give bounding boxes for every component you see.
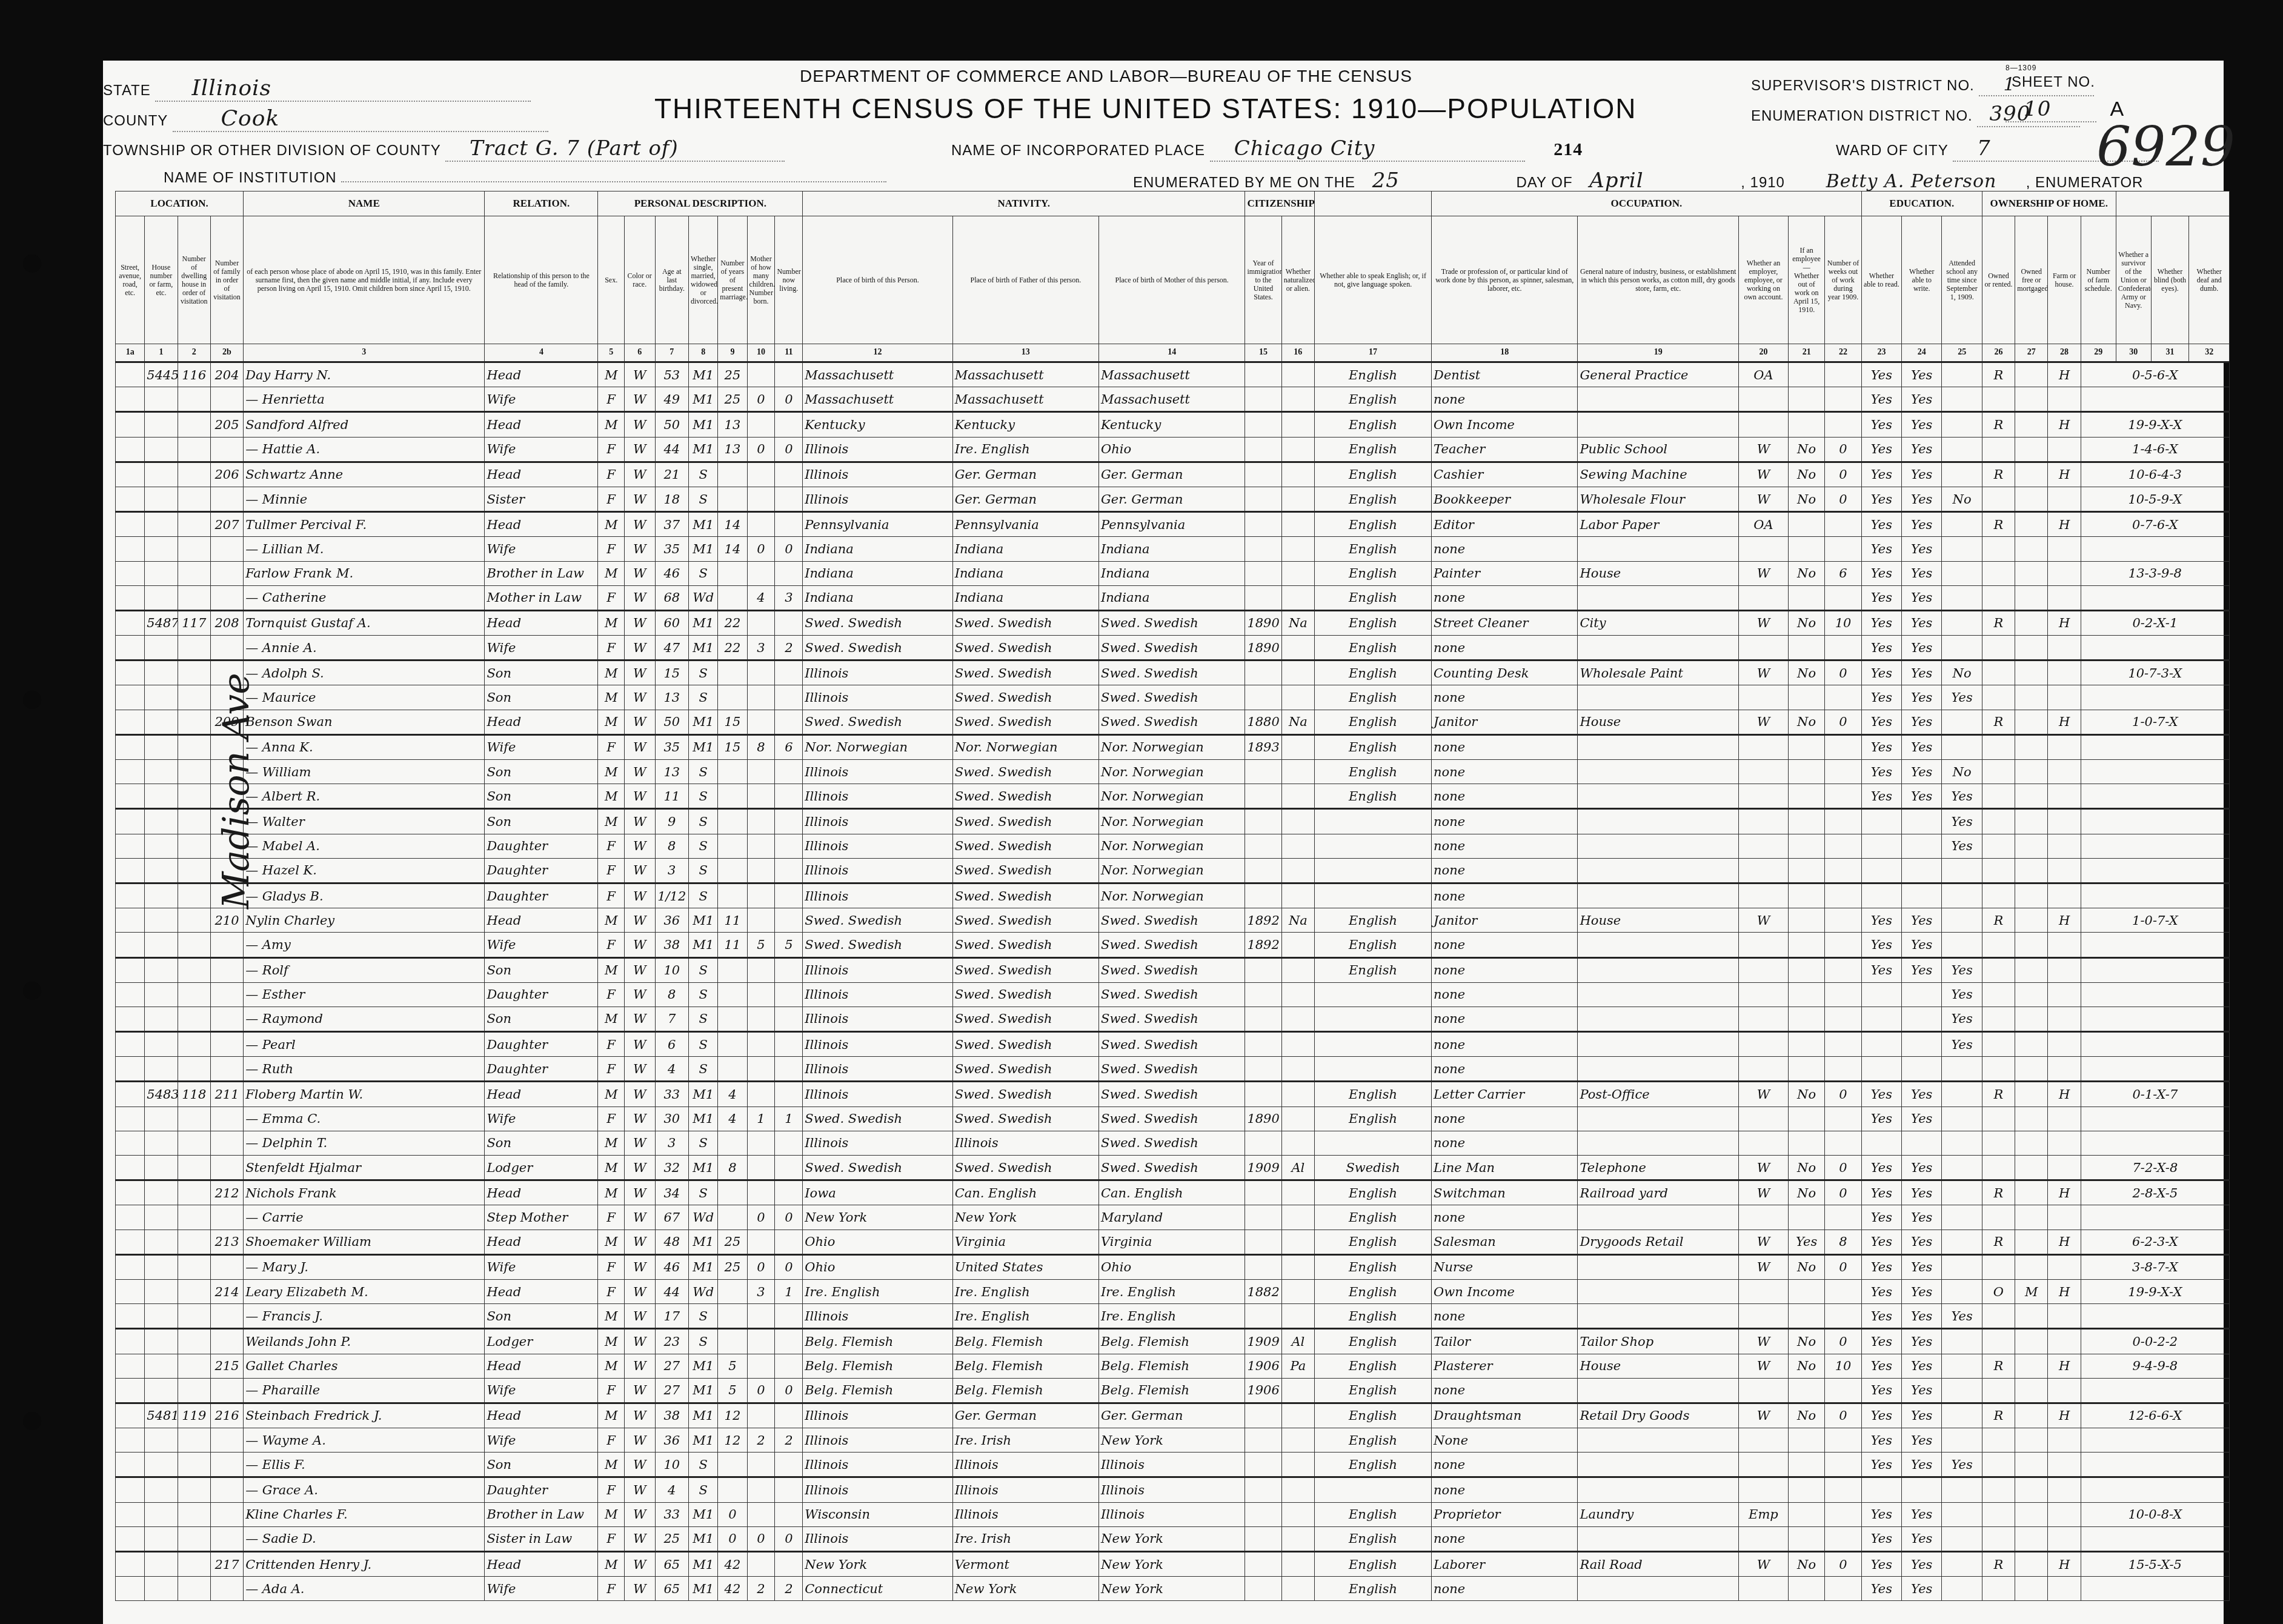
immigration-year-cell <box>1245 685 1281 710</box>
marital-status-cell: S <box>689 858 718 883</box>
codes-cell: 0-1-X-7 <box>2081 1082 2229 1107</box>
dwelling-number-cell <box>178 710 210 734</box>
owned-rented-cell: O <box>1982 1279 2015 1303</box>
name-cell: — Esther <box>244 982 485 1007</box>
column-number: 31 <box>2151 344 2189 362</box>
employer-status-cell <box>1738 1032 1788 1057</box>
write-cell: Yes <box>1902 1428 1942 1453</box>
school-cell <box>1942 883 1982 908</box>
father-birthplace-cell: Swed. Swedish <box>952 661 1098 685</box>
industry-cell: Sewing Machine <box>1578 462 1738 487</box>
sex-cell: M <box>598 661 624 685</box>
children-born-cell <box>747 661 775 685</box>
write-cell <box>1902 1032 1942 1057</box>
out-of-work-cell: No <box>1788 487 1824 511</box>
employer-status-cell <box>1738 834 1788 858</box>
read-cell <box>1861 858 1901 883</box>
column-header: Number of dwelling house in order of vis… <box>178 216 210 344</box>
language-cell <box>1315 1477 1432 1502</box>
write-cell: Yes <box>1902 957 1942 982</box>
immigration-year-cell <box>1245 1205 1281 1230</box>
race-cell: W <box>624 908 655 933</box>
street-cell <box>116 1552 145 1577</box>
table-row: — Delphin T.SonMW3SIllinoisIllinoisSwed.… <box>116 1131 2230 1155</box>
street-cell <box>116 933 145 957</box>
naturalization-cell <box>1281 1502 1314 1526</box>
father-birthplace-cell: Swed. Swedish <box>952 858 1098 883</box>
enumerated-year: 1910 <box>1750 175 1785 191</box>
farm-house-cell <box>2048 1428 2081 1453</box>
column-number: 26 <box>1982 344 2015 362</box>
language-cell: English <box>1315 1502 1432 1526</box>
mother-birthplace-cell: Virginia <box>1099 1230 1245 1254</box>
employer-status-cell: W <box>1738 1329 1788 1354</box>
employer-status-cell <box>1738 809 1788 834</box>
farm-house-cell <box>2048 1526 2081 1551</box>
table-row: — Emma C.WifeFW30M1411Swed. SwedishSwed.… <box>116 1107 2230 1131</box>
naturalization-cell <box>1281 1279 1314 1303</box>
industry-cell <box>1578 1007 1738 1031</box>
street-cell <box>116 1032 145 1057</box>
read-cell <box>1861 1131 1901 1155</box>
codes-cell <box>2081 1304 2229 1329</box>
sex-cell: F <box>598 636 624 661</box>
free-mortgaged-cell <box>2015 883 2048 908</box>
column-number: 29 <box>2081 344 2116 362</box>
read-cell: Yes <box>1861 1526 1901 1551</box>
codes-cell <box>2081 1057 2229 1082</box>
dwelling-number-cell <box>178 784 210 809</box>
column-number: 12 <box>803 344 952 362</box>
birthplace-cell: Illinois <box>803 1403 952 1428</box>
read-cell: Yes <box>1861 1502 1901 1526</box>
school-cell <box>1942 561 1982 585</box>
farm-house-cell: H <box>2048 512 2081 537</box>
read-cell: Yes <box>1861 512 1901 537</box>
codes-cell: 19-9-X-X <box>2081 412 2229 437</box>
mother-birthplace-cell: New York <box>1099 1526 1245 1551</box>
birthplace-cell: Illinois <box>803 760 952 784</box>
industry-cell: Laundry <box>1578 1502 1738 1526</box>
sex-cell: M <box>598 1502 624 1526</box>
birthplace-cell: Illinois <box>803 1428 952 1453</box>
birthplace-cell: Illinois <box>803 1477 952 1502</box>
birthplace-cell: Belg. Flemish <box>803 1329 952 1354</box>
children-living-cell <box>775 412 803 437</box>
naturalization-cell: Pa <box>1281 1354 1314 1378</box>
read-cell: Yes <box>1861 661 1901 685</box>
school-cell <box>1942 933 1982 957</box>
relation-cell: Wife <box>485 933 598 957</box>
sex-cell: F <box>598 1428 624 1453</box>
owned-rented-cell <box>1982 1453 2015 1477</box>
race-cell: W <box>624 809 655 834</box>
sex-cell: M <box>598 760 624 784</box>
codes-cell: 0-7-6-X <box>2081 512 2229 537</box>
street-cell <box>116 982 145 1007</box>
years-married-cell: 11 <box>718 908 747 933</box>
father-birthplace-cell: Swed. Swedish <box>952 1156 1098 1180</box>
family-number-cell <box>210 437 243 462</box>
school-cell <box>1942 437 1982 462</box>
school-cell: Yes <box>1942 809 1982 834</box>
name-cell: — Annie A. <box>244 636 485 661</box>
race-cell: W <box>624 1082 655 1107</box>
industry-cell <box>1578 809 1738 834</box>
mother-birthplace-cell: Pennsylvania <box>1099 512 1245 537</box>
industry-cell: House <box>1578 1354 1738 1378</box>
industry-cell: Retail Dry Goods <box>1578 1403 1738 1428</box>
father-birthplace-cell: Swed. Swedish <box>952 610 1098 635</box>
employer-status-cell <box>1738 1205 1788 1230</box>
children-living-cell <box>775 1354 803 1378</box>
weeks-out-cell <box>1825 1428 1861 1453</box>
relation-cell: Son <box>485 957 598 982</box>
language-cell: English <box>1315 585 1432 610</box>
name-cell: — Delphin T. <box>244 1131 485 1155</box>
mother-birthplace-cell: Swed. Swedish <box>1099 1007 1245 1031</box>
birthplace-cell: Swed. Swedish <box>803 710 952 734</box>
table-row: — CarrieStep MotherFW67Wd00New YorkNew Y… <box>116 1205 2230 1230</box>
children-born-cell <box>747 710 775 734</box>
write-cell: Yes <box>1902 1254 1942 1279</box>
trade-cell: Counting Desk <box>1432 661 1578 685</box>
naturalization-cell <box>1281 1007 1314 1031</box>
age-cell: 48 <box>655 1230 689 1254</box>
industry-cell <box>1578 1279 1738 1303</box>
house-number-cell <box>145 1477 178 1502</box>
relation-cell: Son <box>485 784 598 809</box>
table-row: — Anna K.WifeFW35M11586Nor. NorwegianNor… <box>116 734 2230 759</box>
naturalization-cell <box>1281 1057 1314 1082</box>
birthplace-cell: Illinois <box>803 883 952 908</box>
sex-cell: M <box>598 685 624 710</box>
children-born-cell <box>747 1156 775 1180</box>
mother-birthplace-cell: Swed. Swedish <box>1099 957 1245 982</box>
read-cell <box>1861 1477 1901 1502</box>
farm-house-cell <box>2048 1378 2081 1403</box>
weeks-out-cell <box>1825 1032 1861 1057</box>
relation-cell: Head <box>485 1180 598 1205</box>
weeks-out-cell <box>1825 883 1861 908</box>
children-living-cell <box>775 462 803 487</box>
read-cell <box>1861 809 1901 834</box>
sex-cell: F <box>598 1477 624 1502</box>
immigration-year-cell <box>1245 957 1281 982</box>
language-cell: English <box>1315 1107 1432 1131</box>
farm-house-cell <box>2048 982 2081 1007</box>
employer-status-cell: W <box>1738 1403 1788 1428</box>
out-of-work-cell: No <box>1788 1156 1824 1180</box>
employer-status-cell <box>1738 1131 1788 1155</box>
mother-birthplace-cell: Massachusett <box>1099 362 1245 387</box>
sex-cell: F <box>598 858 624 883</box>
immigration-year-cell <box>1245 1502 1281 1526</box>
naturalization-cell <box>1281 1032 1314 1057</box>
naturalization-cell <box>1281 1552 1314 1577</box>
sex-cell: M <box>598 561 624 585</box>
relation-cell: Daughter <box>485 1477 598 1502</box>
children-born-cell: 0 <box>747 1526 775 1551</box>
children-born-cell: 0 <box>747 1378 775 1403</box>
age-cell: 37 <box>655 512 689 537</box>
age-cell: 27 <box>655 1378 689 1403</box>
children-born-cell <box>747 1354 775 1378</box>
street-cell <box>116 1279 145 1303</box>
dwelling-number-cell: 119 <box>178 1403 210 1428</box>
children-born-cell <box>747 1082 775 1107</box>
name-cell: — Wayme A. <box>244 1428 485 1453</box>
column-header: Whether single, married, widowed, or div… <box>689 216 718 344</box>
race-cell: W <box>624 1205 655 1230</box>
industry-cell: General Practice <box>1578 362 1738 387</box>
codes-cell <box>2081 809 2229 834</box>
free-mortgaged-cell <box>2015 585 2048 610</box>
trade-cell: Editor <box>1432 512 1578 537</box>
race-cell: W <box>624 585 655 610</box>
free-mortgaged-cell <box>2015 734 2048 759</box>
house-number-cell <box>145 1577 178 1601</box>
owned-rented-cell: R <box>1982 908 2015 933</box>
years-married-cell <box>718 982 747 1007</box>
school-cell <box>1942 1329 1982 1354</box>
immigration-year-cell: 1909 <box>1245 1329 1281 1354</box>
owned-rented-cell <box>1982 933 2015 957</box>
out-of-work-cell <box>1788 1526 1824 1551</box>
house-number-cell <box>145 561 178 585</box>
street-cell <box>116 734 145 759</box>
name-cell: Weilands John P. <box>244 1329 485 1354</box>
write-cell: Yes <box>1902 1230 1942 1254</box>
family-number-cell <box>210 1502 243 1526</box>
free-mortgaged-cell <box>2015 908 2048 933</box>
table-row: — Mabel A.DaughterFW8SIllinoisSwed. Swed… <box>116 834 2230 858</box>
weeks-out-cell <box>1825 957 1861 982</box>
employer-status-cell: W <box>1738 487 1788 511</box>
language-cell <box>1315 1057 1432 1082</box>
owned-rented-cell: R <box>1982 1552 2015 1577</box>
free-mortgaged-cell <box>2015 487 2048 511</box>
owned-rented-cell <box>1982 982 2015 1007</box>
birthplace-cell: Massachusett <box>803 387 952 412</box>
trade-cell: Nurse <box>1432 1254 1578 1279</box>
table-row: — AmyWifeFW38M11155Swed. SwedishSwed. Sw… <box>116 933 2230 957</box>
father-birthplace-cell: Massachusett <box>952 362 1098 387</box>
marital-status-cell: M1 <box>689 437 718 462</box>
sex-cell: M <box>598 1082 624 1107</box>
street-cell <box>116 462 145 487</box>
township-field: Township or other division of county Tra… <box>103 136 785 162</box>
house-number-cell <box>145 710 178 734</box>
name-cell: — Minnie <box>244 487 485 511</box>
race-cell: W <box>624 933 655 957</box>
race-cell: W <box>624 1279 655 1303</box>
house-number-cell <box>145 585 178 610</box>
weeks-out-cell <box>1825 685 1861 710</box>
farm-house-cell <box>2048 636 2081 661</box>
language-cell: English <box>1315 1180 1432 1205</box>
family-number-cell <box>210 933 243 957</box>
weeks-out-cell: 0 <box>1825 1254 1861 1279</box>
read-cell: Yes <box>1861 585 1901 610</box>
children-living-cell: 6 <box>775 734 803 759</box>
street-cell <box>116 883 145 908</box>
employer-status-cell <box>1738 1057 1788 1082</box>
family-number-cell <box>210 1057 243 1082</box>
birthplace-cell: Swed. Swedish <box>803 1107 952 1131</box>
weeks-out-cell: 0 <box>1825 1180 1861 1205</box>
house-number-cell <box>145 1180 178 1205</box>
language-cell <box>1315 982 1432 1007</box>
owned-rented-cell <box>1982 685 2015 710</box>
age-cell: 10 <box>655 957 689 982</box>
employer-status-cell <box>1738 734 1788 759</box>
codes-cell <box>2081 636 2229 661</box>
immigration-year-cell <box>1245 1453 1281 1477</box>
name-cell: — Raymond <box>244 1007 485 1031</box>
free-mortgaged-cell <box>2015 661 2048 685</box>
race-cell: W <box>624 734 655 759</box>
age-cell: 35 <box>655 537 689 561</box>
table-row: — EstherDaughterFW8SIllinoisSwed. Swedis… <box>116 982 2230 1007</box>
free-mortgaged-cell <box>2015 1428 2048 1453</box>
sex-cell: F <box>598 585 624 610</box>
father-birthplace-cell: Virginia <box>952 1230 1098 1254</box>
school-cell: Yes <box>1942 784 1982 809</box>
owned-rented-cell: R <box>1982 1180 2015 1205</box>
out-of-work-cell <box>1788 858 1824 883</box>
age-cell: 46 <box>655 561 689 585</box>
trade-cell: none <box>1432 1378 1578 1403</box>
column-number: 3 <box>244 344 485 362</box>
language-cell: English <box>1315 784 1432 809</box>
school-cell: Yes <box>1942 982 1982 1007</box>
owned-rented-cell <box>1982 734 2015 759</box>
race-cell: W <box>624 1057 655 1082</box>
children-born-cell: 0 <box>747 537 775 561</box>
owned-rented-cell: R <box>1982 362 2015 387</box>
language-cell: English <box>1315 1304 1432 1329</box>
marital-status-cell: S <box>689 809 718 834</box>
years-married-cell: 4 <box>718 1107 747 1131</box>
owned-rented-cell <box>1982 784 2015 809</box>
children-born-cell: 4 <box>747 585 775 610</box>
language-cell <box>1315 809 1432 834</box>
farm-house-cell: H <box>2048 1180 2081 1205</box>
house-number-cell <box>145 734 178 759</box>
weeks-out-cell <box>1825 1453 1861 1477</box>
marital-status-cell: S <box>689 784 718 809</box>
children-living-cell <box>775 710 803 734</box>
race-cell: W <box>624 1428 655 1453</box>
mother-birthplace-cell: Swed. Swedish <box>1099 1131 1245 1155</box>
sex-cell: F <box>598 437 624 462</box>
immigration-year-cell <box>1245 412 1281 437</box>
incorporated-place-value: Chicago City <box>1210 136 1525 162</box>
farm-house-cell <box>2048 685 2081 710</box>
family-number-cell <box>210 1378 243 1403</box>
dwelling-number-cell <box>178 760 210 784</box>
immigration-year-cell <box>1245 883 1281 908</box>
free-mortgaged-cell <box>2015 1329 2048 1354</box>
read-cell <box>1861 982 1901 1007</box>
trade-cell: none <box>1432 685 1578 710</box>
children-living-cell <box>775 512 803 537</box>
table-row: 205Sandford AlfredHeadMW50M113KentuckyKe… <box>116 412 2230 437</box>
column-header: of each person whose place of abode on A… <box>244 216 485 344</box>
naturalization-cell <box>1281 387 1314 412</box>
industry-cell <box>1578 858 1738 883</box>
race-cell: W <box>624 610 655 635</box>
table-row: — Hattie A.WifeFW44M11300IllinoisIre. En… <box>116 437 2230 462</box>
house-number-cell <box>145 685 178 710</box>
age-cell: 10 <box>655 1453 689 1477</box>
weeks-out-cell <box>1825 1477 1861 1502</box>
read-cell: Yes <box>1861 957 1901 982</box>
out-of-work-cell: No <box>1788 661 1824 685</box>
relation-cell: Head <box>485 1354 598 1378</box>
immigration-year-cell: 1880 <box>1245 710 1281 734</box>
years-married-cell: 8 <box>718 1156 747 1180</box>
children-born-cell <box>747 1304 775 1329</box>
marital-status-cell: M1 <box>689 1254 718 1279</box>
immigration-year-cell <box>1245 1552 1281 1577</box>
naturalization-cell <box>1281 1378 1314 1403</box>
codes-cell <box>2081 685 2229 710</box>
family-number-cell <box>210 561 243 585</box>
employer-status-cell <box>1738 760 1788 784</box>
employer-status-cell: W <box>1738 1082 1788 1107</box>
immigration-year-cell <box>1245 362 1281 387</box>
age-cell: 34 <box>655 1180 689 1205</box>
race-cell: W <box>624 362 655 387</box>
dwelling-number-cell <box>178 1205 210 1230</box>
family-number-cell <box>210 1131 243 1155</box>
house-number-cell <box>145 809 178 834</box>
relation-cell: Son <box>485 1131 598 1155</box>
trade-cell: Switchman <box>1432 1180 1578 1205</box>
mother-birthplace-cell: Ohio <box>1099 437 1245 462</box>
dwelling-number-cell <box>178 412 210 437</box>
children-living-cell <box>775 1082 803 1107</box>
school-cell <box>1942 585 1982 610</box>
immigration-year-cell <box>1245 537 1281 561</box>
write-cell: Yes <box>1902 1577 1942 1601</box>
marital-status-cell: Wd <box>689 1279 718 1303</box>
years-married-cell: 0 <box>718 1502 747 1526</box>
column-header: Whether naturalized or alien. <box>1281 216 1314 344</box>
father-birthplace-cell: New York <box>952 1205 1098 1230</box>
trade-cell: Draughtsman <box>1432 1403 1578 1428</box>
industry-cell: Railroad yard <box>1578 1180 1738 1205</box>
age-cell: 47 <box>655 636 689 661</box>
years-married-cell <box>718 1453 747 1477</box>
children-born-cell: 0 <box>747 1205 775 1230</box>
free-mortgaged-cell <box>2015 412 2048 437</box>
years-married-cell <box>718 1279 747 1303</box>
farm-house-cell <box>2048 1156 2081 1180</box>
industry-cell <box>1578 760 1738 784</box>
codes-cell <box>2081 1378 2229 1403</box>
weeks-out-cell <box>1825 760 1861 784</box>
write-cell: Yes <box>1902 933 1942 957</box>
codes-cell <box>2081 784 2229 809</box>
enumerator-name: Betty A. Peterson <box>1808 171 2026 193</box>
binder-hole <box>23 1412 41 1430</box>
relation-cell: Head <box>485 1279 598 1303</box>
read-cell <box>1861 1032 1901 1057</box>
codes-cell <box>2081 537 2229 561</box>
